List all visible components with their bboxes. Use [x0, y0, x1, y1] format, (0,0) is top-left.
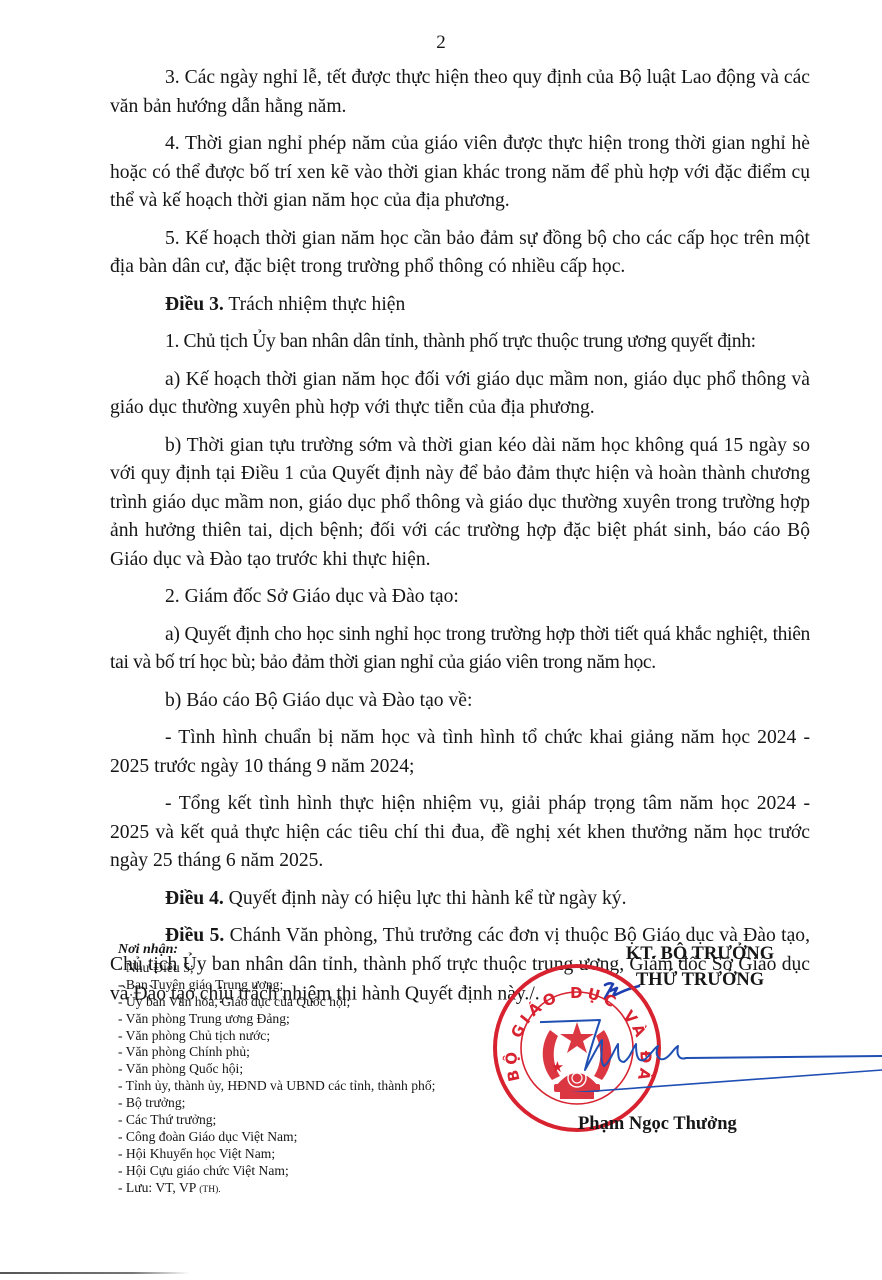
article-3-item-1a: a) Kế hoạch thời gian năm học đối với gi… — [110, 366, 810, 423]
recipients-block: Nơi nhận: - Như Điều 5;- Ban Tuyên giáo … — [118, 942, 518, 1199]
article-4-text: Quyết định này có hiệu lực thi hành kể t… — [224, 888, 627, 909]
clause-5: 5. Kế hoạch thời gian năm học cần bảo đả… — [110, 225, 810, 282]
archive-label: - Lưu: VT, VP — [118, 1180, 199, 1195]
recipient-item: - Văn phòng Quốc hội; — [118, 1061, 518, 1078]
recipient-item-archive: - Lưu: VT, VP (TH). — [118, 1180, 518, 1199]
page-edge-line — [0, 1272, 190, 1274]
signer-name: Phạm Ngọc Thưởng — [578, 1114, 737, 1135]
article-3-item-2b-bullet-2: - Tổng kết tình hình thực hiện nhiệm vụ,… — [110, 790, 810, 876]
recipients-title: Nơi nhận: — [118, 942, 518, 959]
recipient-item: - Hội Khuyến học Việt Nam; — [118, 1146, 518, 1163]
article-3-item-2b: b) Báo cáo Bộ Giáo dục và Đào tạo về: — [110, 687, 810, 716]
signature-block: KT. BỘ TRƯỞNG THỨ TRƯỞNG — [520, 941, 840, 993]
archive-suffix: (TH). — [199, 1185, 220, 1195]
recipient-item: - Văn phòng Chủ tịch nước; — [118, 1028, 518, 1045]
recipient-item: - Công đoàn Giáo dục Việt Nam; — [118, 1129, 518, 1146]
article-3-title: Trách nhiệm thực hiện — [224, 294, 406, 315]
article-3-item-2: 2. Giám đốc Sở Giáo dục và Đào tạo: — [110, 583, 810, 612]
handwritten-signature-icon — [540, 1012, 882, 1092]
recipient-item: - Các Thứ trưởng; — [118, 1112, 518, 1129]
recipient-item: - Văn phòng Trung ương Đảng; — [118, 1011, 518, 1028]
article-3-item-2b-bullet-1: - Tình hình chuẩn bị năm học và tình hìn… — [110, 724, 810, 781]
article-4-label: Điều 4. — [165, 888, 224, 909]
clause-3: 3. Các ngày nghỉ lễ, tết được thực hiện … — [110, 64, 810, 121]
article-3-item-1b: b) Thời gian tựu trường sớm và thời gian… — [110, 432, 810, 575]
article-4-paragraph: Điều 4. Quyết định này có hiệu lực thi h… — [110, 885, 810, 914]
document-body: 3. Các ngày nghỉ lễ, tết được thực hiện … — [110, 64, 810, 1020]
recipient-item: - Văn phòng Chính phủ; — [118, 1044, 518, 1061]
article-3-label: Điều 3. — [165, 294, 224, 315]
recipient-item: - Hội Cựu giáo chức Việt Nam; — [118, 1163, 518, 1180]
recipient-item: - Ủy ban Văn hóa, Giáo dục của Quốc hội; — [118, 994, 518, 1011]
clause-4: 4. Thời gian nghỉ phép năm của giáo viên… — [110, 130, 810, 216]
recipient-item: - Như Điều 5; — [118, 960, 518, 977]
signer-role-line-1: KT. BỘ TRƯỞNG — [560, 941, 840, 967]
recipient-item: - Bộ trưởng; — [118, 1095, 518, 1112]
article-3-item-2a: a) Quyết định cho học sinh nghỉ học tron… — [110, 621, 810, 678]
signer-role-line-2: THỨ TRƯỞNG — [560, 967, 840, 993]
recipients-list: - Như Điều 5;- Ban Tuyên giáo Trung ương… — [118, 960, 518, 1199]
article-3-heading-paragraph: Điều 3. Trách nhiệm thực hiện — [110, 291, 810, 320]
recipient-item: - Tỉnh ủy, thành ủy, HĐND và UBND các tỉ… — [118, 1078, 518, 1095]
recipient-item: - Ban Tuyên giáo Trung ương; — [118, 977, 518, 994]
article-3-item-1: 1. Chủ tịch Ủy ban nhân dân tỉnh, thành … — [110, 328, 810, 357]
page-number: 2 — [0, 32, 882, 54]
